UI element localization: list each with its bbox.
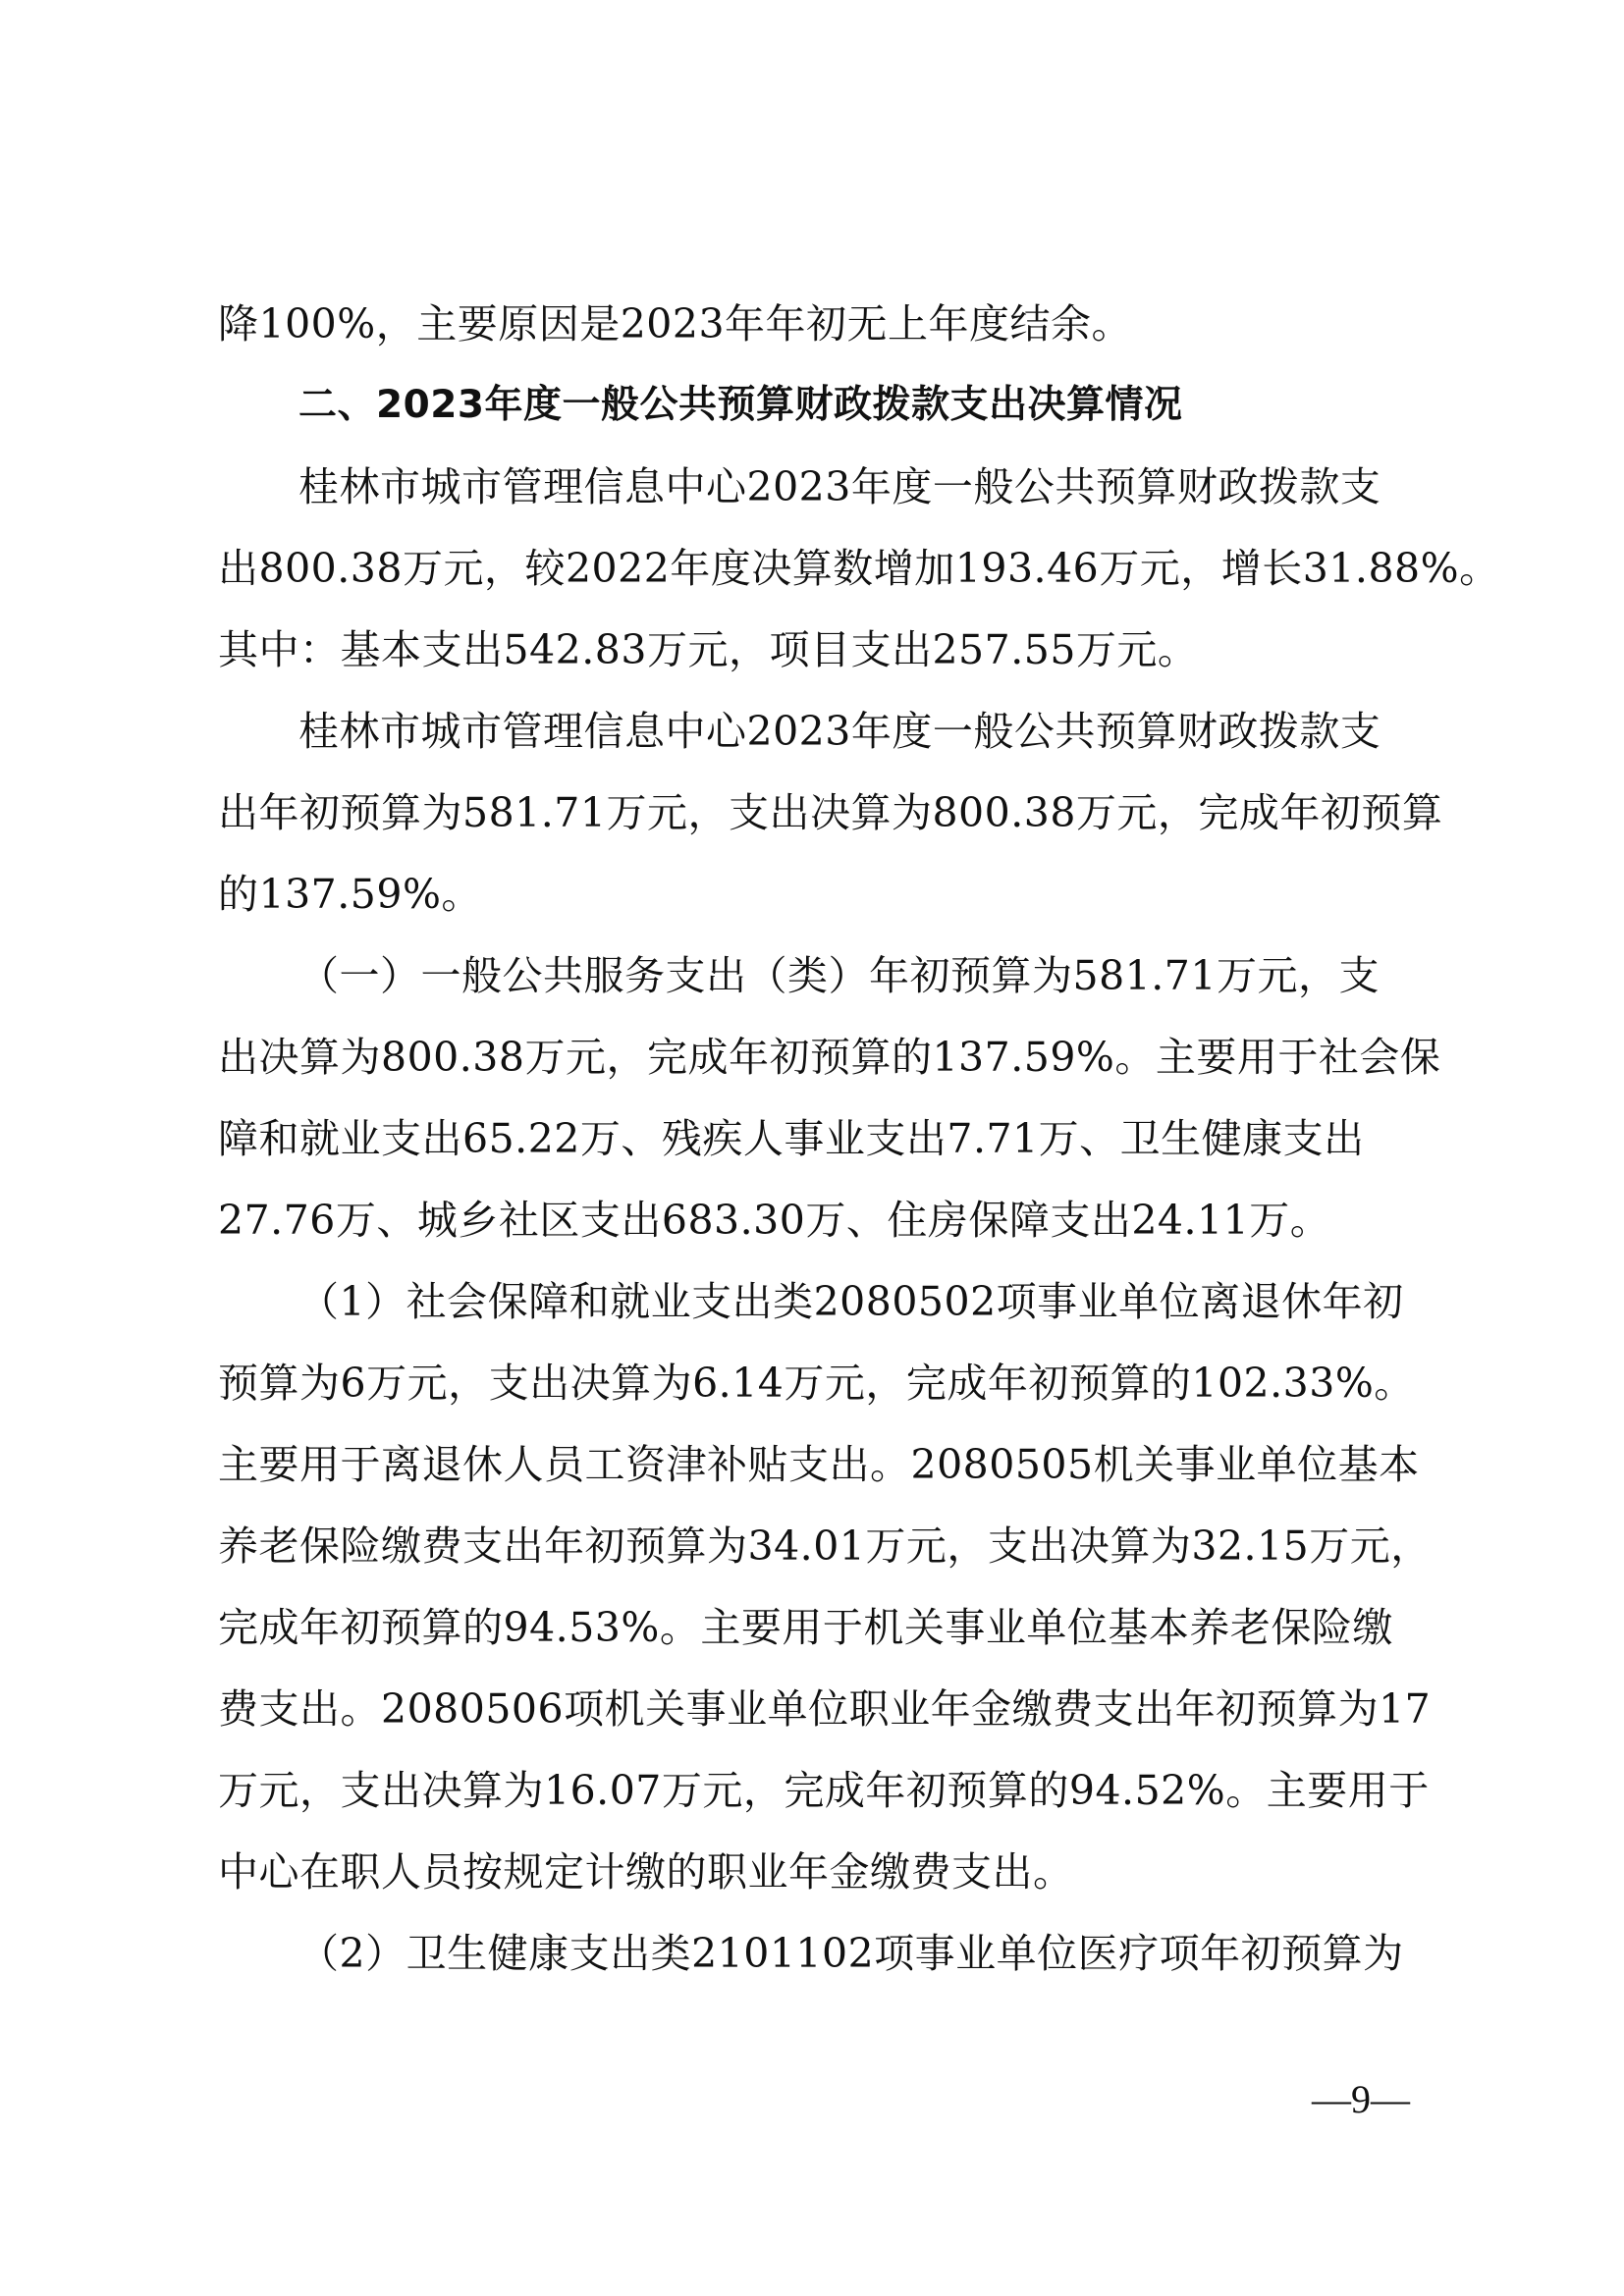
section-heading: 二、2023年度一般公共预算财政拨款支出决算情况 xyxy=(298,376,1183,435)
text-line: 万元，支出决算为16.07万元，完成年初预算的94.52%。主要用于 xyxy=(218,1761,1430,1820)
item-line: （1）社会保障和就业支出类2080502项事业单位离退休年初 xyxy=(298,1272,1404,1331)
text-line: 27.76万、城乡社区支出683.30万、住房保障支出24.11万。 xyxy=(218,1191,1330,1250)
text-line: 完成年初预算的94.53%。主要用于机关事业单位基本养老保险缴 xyxy=(218,1598,1393,1657)
text-line: 养老保险缴费支出年初预算为34.01万元，支出决算为32.15万元， xyxy=(218,1517,1432,1575)
text-line: 出800.38万元，较2022年度决算数增加193.46万元，增长31.88%。 xyxy=(218,539,1500,598)
subsection-line: （一）一般公共服务支出（类）年初预算为581.71万元，支 xyxy=(298,946,1380,1005)
text-line: 障和就业支出65.22万、残疾人事业支出7.71万、卫生健康支出 xyxy=(218,1109,1365,1168)
text-line: 桂林市城市管理信息中心2023年度一般公共预算财政拨款支 xyxy=(298,702,1380,761)
text-line: 其中：基本支出542.83万元，项目支出257.55万元。 xyxy=(218,620,1198,679)
item-line: （2）卫生健康支出类2101102项事业单位医疗项年初预算为 xyxy=(298,1924,1404,1983)
text-line: 主要用于离退休人员工资津补贴支出。2080505机关事业单位基本 xyxy=(218,1435,1420,1494)
text-line: 降100%，主要原因是2023年年初无上年度结余。 xyxy=(218,294,1132,353)
page-number: —9— xyxy=(1312,2075,1410,2124)
text-line: 桂林市城市管理信息中心2023年度一般公共预算财政拨款支 xyxy=(298,457,1380,516)
text-line: 出决算为800.38万元，完成年初预算的137.59%。主要用于社会保 xyxy=(218,1028,1440,1087)
text-line: 费支出。2080506项机关事业单位职业年金缴费支出年初预算为17 xyxy=(218,1680,1431,1738)
text-line: 中心在职人员按规定计缴的职业年金缴费支出。 xyxy=(218,1842,1074,1901)
text-line: 出年初预算为581.71万元，支出决算为800.38万元，完成年初预算 xyxy=(218,783,1442,842)
text-line: 的137.59%。 xyxy=(218,865,482,924)
text-line: 预算为6万元，支出决算为6.14万元，完成年初预算的102.33%。 xyxy=(218,1354,1415,1413)
